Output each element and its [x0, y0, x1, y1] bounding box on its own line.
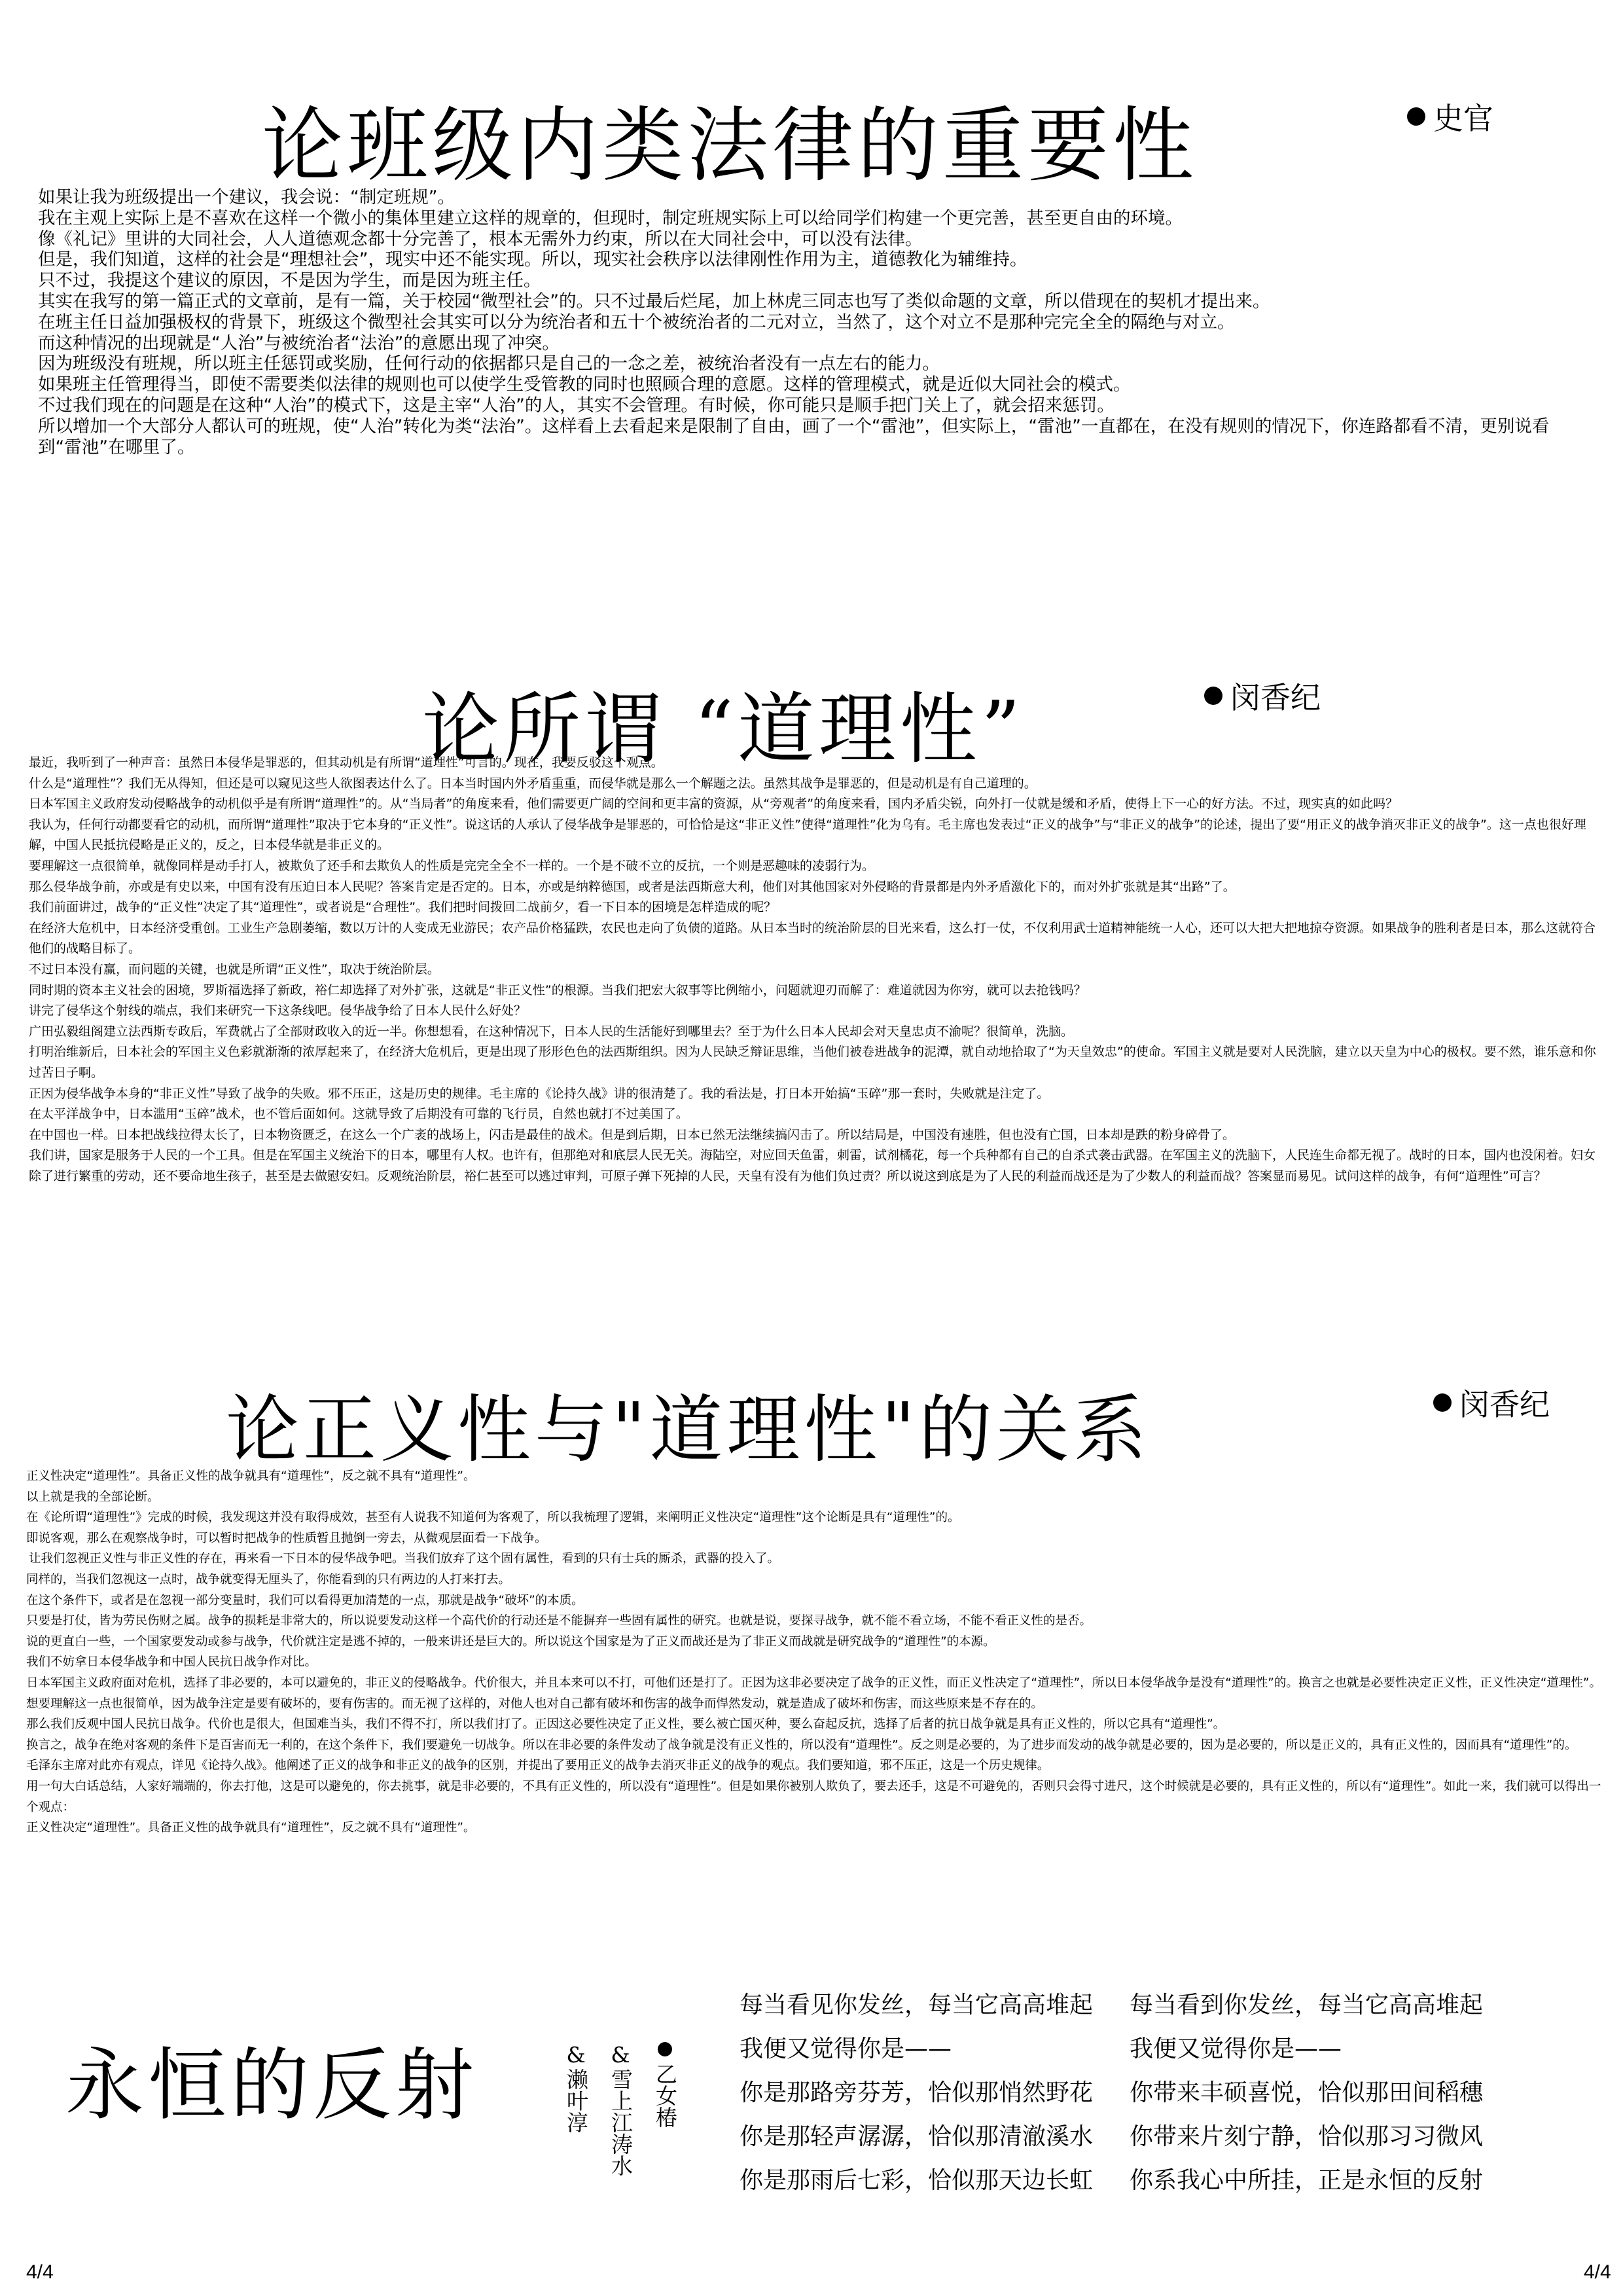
paragraph: 日本军国主义政府面对危机，选择了非必要的，本可以避免的，非正义的侵略战争。代价很…	[26, 1673, 1610, 1714]
paragraph: 在中国也一样。日本把战线拉得太长了，日本物资匮乏，在这么一个广袤的战场上，闪击是…	[29, 1125, 1606, 1146]
paragraph: 所以增加一个大部分人都认可的班规，使“人治”转化为类“法治”。这样看上去看起来是…	[38, 416, 1563, 458]
essay2-author: 闵香纪	[1230, 674, 1321, 717]
paragraph: 即说客观，那么在观察战争时，可以暂时把战争的性质暂且抛倒一旁去，从微观层面看一下…	[26, 1528, 1610, 1549]
ampersand-icon: &	[611, 2042, 630, 2068]
poem-line: 你是那路旁芬芳，恰似那悄然野花	[740, 2074, 1093, 2118]
poem-left-column: 每当看见你发丝，每当它高高堆起 我便又觉得你是—— 你是那路旁芬芳，恰似那悄然野…	[740, 1986, 1093, 2206]
paragraph: 我们讲，国家是服务于人民的一个工具。但是在军国主义统治下的日本，哪里有人权。也许…	[29, 1145, 1606, 1187]
paragraph: 而这种情况的出现就是“人治”与被统治者“法治”的意愿出现了冲突。	[38, 333, 1563, 354]
page-number-left: 4/4	[26, 2261, 54, 2284]
paragraph: 同时期的资本主义社会的困境，罗斯福选择了新政，裕仁却选择了对外扩张，这就是“非正…	[29, 980, 1606, 1001]
paragraph: 在班主任日益加强极权的背景下，班级这个微型社会其实可以分为统治者和五十个被统治者…	[38, 312, 1563, 333]
essay3-body: 正义性决定“道理性”。具备正义性的战争就具有“道理性”，反之就不具有“道理性”。…	[26, 1466, 1610, 1839]
paragraph: 同样的，当我们忽视这一点时，战争就变得无厘头了，你能看到的只有两边的人打来打去。	[26, 1570, 1610, 1590]
paragraph: 因为班级没有班规，所以班主任惩罚或奖励，任何行动的依据都只是自己的一念之差，被统…	[38, 353, 1563, 374]
paragraph: 不过我们现在的问题是在这种“人治”的模式下，这是主宰“人治”的人，其实不会管理。…	[38, 395, 1563, 416]
paragraph: 正义性决定“道理性”。具备正义性的战争就具有“道理性”，反之就不具有“道理性”。	[26, 1818, 1610, 1839]
paragraph: 日本军国主义政府发动侵略战争的动机似乎是有所谓“道理性”的。从“当局者”的角度来…	[29, 794, 1606, 815]
ampersand-icon: &	[566, 2042, 585, 2068]
paragraph: 以上就是我的全部论断。	[26, 1487, 1610, 1508]
essay1-byline: 史官	[1407, 95, 1493, 138]
poem-line: 每当看到你发丝，每当它高高堆起	[1130, 1986, 1483, 2030]
poem-line: 我便又觉得你是——	[740, 2030, 1093, 2074]
poem-authors: 乙女椿 & 雪上江涛水 & 濑叶淳	[563, 2042, 678, 2176]
paragraph: 如果班主任管理得当，即使不需要类似法律的规则也可以使学生受管教的同时也照顾合理的…	[38, 374, 1563, 395]
paragraph: 那么我们反观中国人民抗日战争。代价也是很大，但国难当头，我们不得不打，所以我们打…	[26, 1714, 1610, 1735]
paragraph: 我们不妨拿日本侵华战争和中国人民抗日战争作对比。	[26, 1652, 1610, 1673]
poem-line: 你是那雨后七彩，恰似那天边长虹	[740, 2162, 1093, 2206]
poem-author: & 濑叶淳	[563, 2042, 589, 2176]
paragraph: 什么是“道理性”？我们无从得知，但还是可以窥见这些人欲图表达什么了。日本当时国内…	[29, 774, 1606, 795]
author-name: 雪上江涛水	[607, 2068, 633, 2176]
paragraph: 在经济大危机中，日本经济受重创。工业生产急剧萎缩，数以万计的人变成无业游民；农产…	[29, 918, 1606, 960]
author-name: 濑叶淳	[563, 2068, 589, 2133]
paragraph: 说的更直白一些，一个国家要发动或参与战争，代价就注定是逃不掉的，一般来讲还是巨大…	[26, 1632, 1610, 1653]
paragraph: 我在主观上实际上是不喜欢在这样一个微小的集体里建立这样的规章的，但现时，制定班规…	[38, 208, 1563, 229]
paragraph: 正因为侵华战争本身的“非正义性”导致了战争的失败。邪不压正，这是历史的规律。毛主…	[29, 1084, 1606, 1105]
poem-author: & 雪上江涛水	[607, 2042, 633, 2176]
paragraph: 在《论所谓“道理性”》完成的时候，我发现这并没有取得成效，甚至有人说我不知道何为…	[26, 1507, 1610, 1528]
poem-body: 每当看见你发丝，每当它高高堆起 我便又觉得你是—— 你是那路旁芬芳，恰似那悄然野…	[740, 1986, 1483, 2206]
paragraph: 毛泽东主席对此亦有观点，详见《论持久战》。他阐述了正义的战争和非正义的战争的区别…	[26, 1755, 1610, 1776]
essay1-body: 如果让我为班级提出一个建议，我会说：“制定班规”。 我在主观上实际上是不喜欢在这…	[38, 187, 1563, 457]
essay2-byline: 闵香纪	[1204, 674, 1321, 717]
paragraph: 正义性决定“道理性”。具备正义性的战争就具有“道理性”，反之就不具有“道理性”。	[26, 1466, 1610, 1487]
paragraph: 用一句大白话总结，人家好端端的，你去打他，这是可以避免的，你去挑事，就是非必要的…	[26, 1776, 1610, 1818]
paragraph: 打明治维新后，日本社会的军国主义色彩就渐渐的浓厚起来了，在经济大危机后，更是出现…	[29, 1042, 1606, 1083]
paragraph: 让我们忽视正义性与非正义性的存在，再来看一下日本的侵华战争吧。当我们放弃了这个固…	[26, 1549, 1610, 1570]
essay3-author: 闵香纪	[1459, 1381, 1550, 1424]
paragraph: 其实在我写的第一篇正式的文章前，是有一篇，关于校园“微型社会”的。只不过最后烂尾…	[38, 291, 1563, 312]
paragraph: 如果让我为班级提出一个建议，我会说：“制定班规”。	[38, 187, 1563, 208]
poem-line: 每当看见你发丝，每当它高高堆起	[740, 1986, 1093, 2030]
bullet-dot-icon	[1204, 687, 1222, 705]
paragraph: 最近，我听到了一种声音：虽然日本侵华是罪恶的，但其动机是有所谓“道理性”可言的。…	[29, 753, 1606, 774]
paragraph: 我们前面讲过，战争的“正义性”决定了其“道理性”，或者说是“合理性”。我们把时间…	[29, 897, 1606, 918]
essay3-title: 论正义性与"道理性"的关系	[226, 1371, 1150, 1477]
poem-line: 你带来片刻宁静，恰似那习习微风	[1130, 2118, 1483, 2162]
paragraph: 换言之，战争在绝对客观的条件下是百害而无一利的，在这个条件下，我们要避免一切战争…	[26, 1735, 1610, 1756]
poem-author: 乙女椿	[652, 2042, 678, 2176]
essay3-byline: 闵香纪	[1433, 1381, 1550, 1424]
paragraph: 讲完了侵华这个射线的端点，我们来研究一下这条线吧。侵华战争给了日本人民什么好处？	[29, 1001, 1606, 1022]
paragraph: 那么侵华战争前，亦或是有史以来，中国有没有压迫日本人民呢？答案肯定是否定的。日本…	[29, 877, 1606, 898]
paragraph: 只不过，我提这个建议的原因，不是因为学生，而是因为班主任。	[38, 270, 1563, 291]
poem-right-column: 每当看到你发丝，每当它高高堆起 我便又觉得你是—— 你带来丰硕喜悦，恰似那田间稻…	[1130, 1986, 1483, 2206]
poem-line: 你带来丰硕喜悦，恰似那田间稻穗	[1130, 2074, 1483, 2118]
bullet-dot-icon	[1407, 107, 1425, 126]
essay1-author: 史官	[1433, 95, 1493, 138]
paragraph: 在太平洋战争中，日本滥用“玉碎”战术，也不管后面如何。这就导致了后期没有可靠的飞…	[29, 1104, 1606, 1125]
poem-line: 你是那轻声潺潺，恰似那清澈溪水	[740, 2118, 1093, 2162]
paragraph: 像《礼记》里讲的大同社会，人人道德观念都十分完善了，根本无需外力约束，所以在大同…	[38, 229, 1563, 250]
bullet-dot-icon	[1433, 1393, 1452, 1412]
poem-line: 你系我心中所挂，正是永恒的反射	[1130, 2162, 1483, 2206]
essay1-title: 论班级内类法律的重要性	[262, 81, 1198, 197]
paragraph: 不过日本没有赢，而问题的关键，也就是所谓“正义性”，取决于统治阶层。	[29, 960, 1606, 980]
bullet-dot-icon	[658, 2042, 672, 2056]
paragraph: 广田弘毅组阁建立法西斯专政后，军费就占了全部财政收入的近一半。你想想看，在这种情…	[29, 1022, 1606, 1043]
paragraph: 我认为，任何行动都要看它的动机，而所谓“道理性”取决于它本身的“正义性”。说这话…	[29, 815, 1606, 856]
author-name: 乙女椿	[652, 2063, 678, 2128]
page-number-right: 4/4	[1584, 2261, 1611, 2284]
paragraph: 要理解这一点很简单，就像同样是动手打人，被欺负了还手和去欺负人的性质是完完全全不…	[29, 856, 1606, 877]
poem-line: 我便又觉得你是——	[1130, 2030, 1483, 2074]
essay2-body: 最近，我听到了一种声音：虽然日本侵华是罪恶的，但其动机是有所谓“道理性”可言的。…	[29, 753, 1606, 1187]
paragraph: 但是，我们知道，这样的社会是“理想社会”，现实中还不能实现。所以，现实社会秩序以…	[38, 249, 1563, 270]
paragraph: 在这个条件下，或者是在忽视一部分变量时，我们可以看得更加清楚的一点，那就是战争“…	[26, 1590, 1610, 1611]
paragraph: 只要是打仗，皆为劳民伤财之属。战争的损耗是非常大的，所以说要发动这样一个高代价的…	[26, 1611, 1610, 1632]
poem-title: 永恒的反射	[65, 2022, 478, 2135]
